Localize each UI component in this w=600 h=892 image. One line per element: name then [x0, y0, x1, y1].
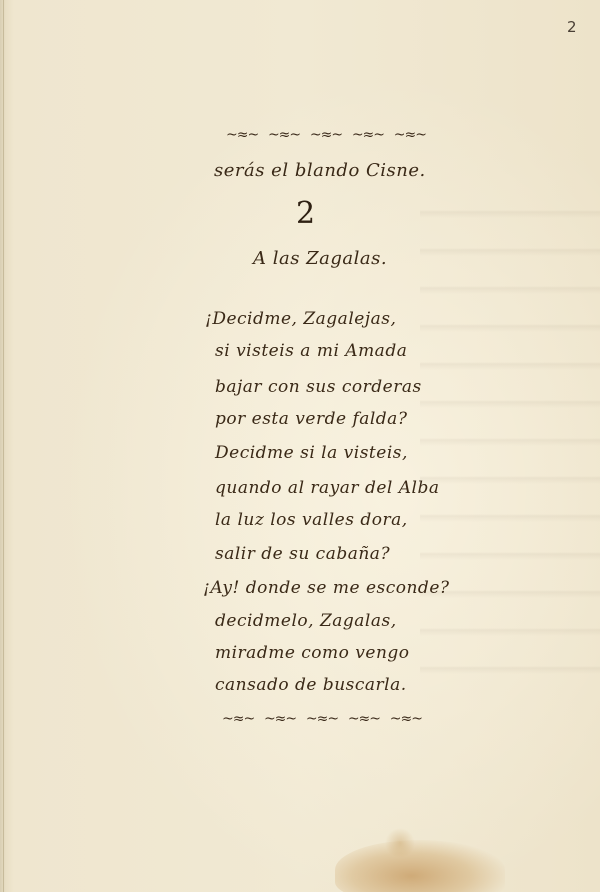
ornament-glyph: ~≈~	[226, 127, 258, 143]
poem-line: si visteis a mi Amada	[215, 341, 407, 361]
ornament-glyph: ~≈~	[348, 711, 380, 727]
ornament-glyph: ~≈~	[394, 127, 426, 143]
ornament-glyph: ~≈~	[306, 711, 338, 727]
poem-title: A las Zagalas.	[253, 248, 387, 269]
ornament-glyph: ~≈~	[264, 711, 296, 727]
bottom-ornament-divider: ~≈~ ~≈~ ~≈~ ~≈~ ~≈~	[222, 712, 422, 726]
poem-line: Decidme si la visteis,	[215, 443, 408, 463]
water-stain	[335, 840, 505, 892]
ornament-glyph: ~≈~	[310, 127, 342, 143]
ornament-glyph: ~≈~	[222, 711, 254, 727]
poem-line: miradme como vengo	[215, 643, 410, 663]
folio-number: 2	[567, 18, 577, 36]
poem-line: ¡Decidme, Zagalejas,	[205, 309, 396, 329]
poem-line: por esta verde falda?	[215, 409, 407, 429]
poem-line: decidmelo, Zagalas,	[215, 611, 397, 631]
ornament-glyph: ~≈~	[390, 711, 422, 727]
top-ornament-divider: ~≈~ ~≈~ ~≈~ ~≈~ ~≈~	[226, 128, 426, 142]
ornament-glyph: ~≈~	[352, 127, 384, 143]
poem-line: bajar con sus corderas	[215, 377, 422, 397]
page-edge	[3, 0, 4, 892]
water-stain-small	[385, 828, 415, 858]
poem-number: 2	[296, 196, 315, 231]
poem-line: salir de su cabaña?	[215, 544, 390, 564]
previous-poem-closing-line: serás el blando Cisne.	[214, 160, 426, 181]
poem-line: quando al rayar del Alba	[215, 478, 439, 498]
poem-line: la luz los valles dora,	[215, 510, 408, 530]
ornament-glyph: ~≈~	[268, 127, 300, 143]
ink-bleed-through	[420, 180, 600, 700]
poem-line: cansado de buscarla.	[215, 675, 407, 695]
manuscript-page: 2 ~≈~ ~≈~ ~≈~ ~≈~ ~≈~ serás el blando Ci…	[0, 0, 600, 892]
poem-line: ¡Ay! donde se me esconde?	[203, 578, 450, 598]
